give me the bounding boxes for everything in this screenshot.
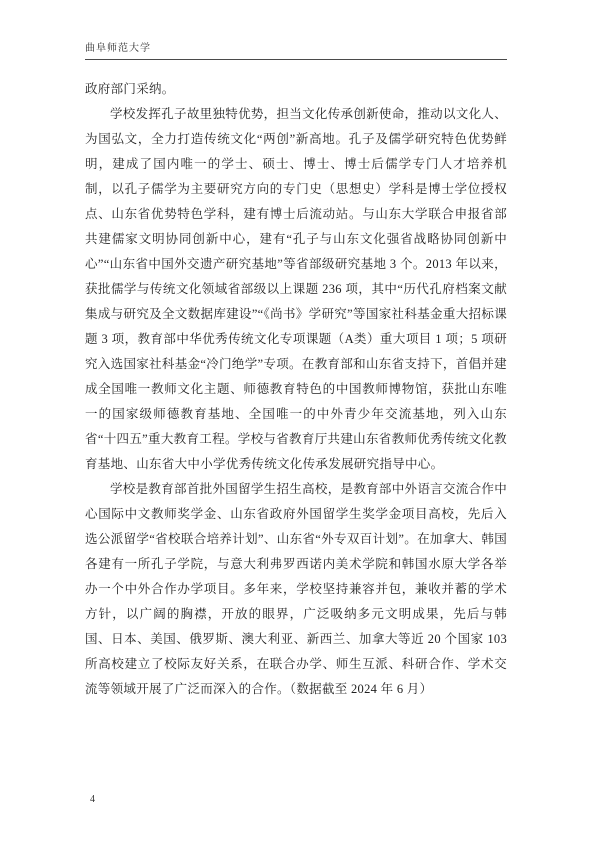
page-footer: 4 [90,789,95,807]
document-page: 曲阜师范大学 政府部门采纳。 学校发挥孔子故里独特优势，担当文化传承创新使命，推… [0,0,595,842]
paragraph-culture-heritage: 学校发挥孔子故里独特优势，担当文化传承创新使命，推动以文化人、为国弘文，全力打造… [85,102,507,477]
page-number: 4 [90,794,95,805]
paragraph-continuation: 政府部门采纳。 [85,77,507,102]
paragraph-international-exchange: 学校是教育部首批外国留学生招生高校，是教育部中外语言交流合作中心国际中文教师奖学… [85,477,507,702]
document-body: 政府部门采纳。 学校发挥孔子故里独特优势，担当文化传承创新使命，推动以文化人、为… [85,77,507,702]
header-school-name: 曲阜师范大学 [85,43,151,54]
page-header: 曲阜师范大学 [85,38,507,60]
